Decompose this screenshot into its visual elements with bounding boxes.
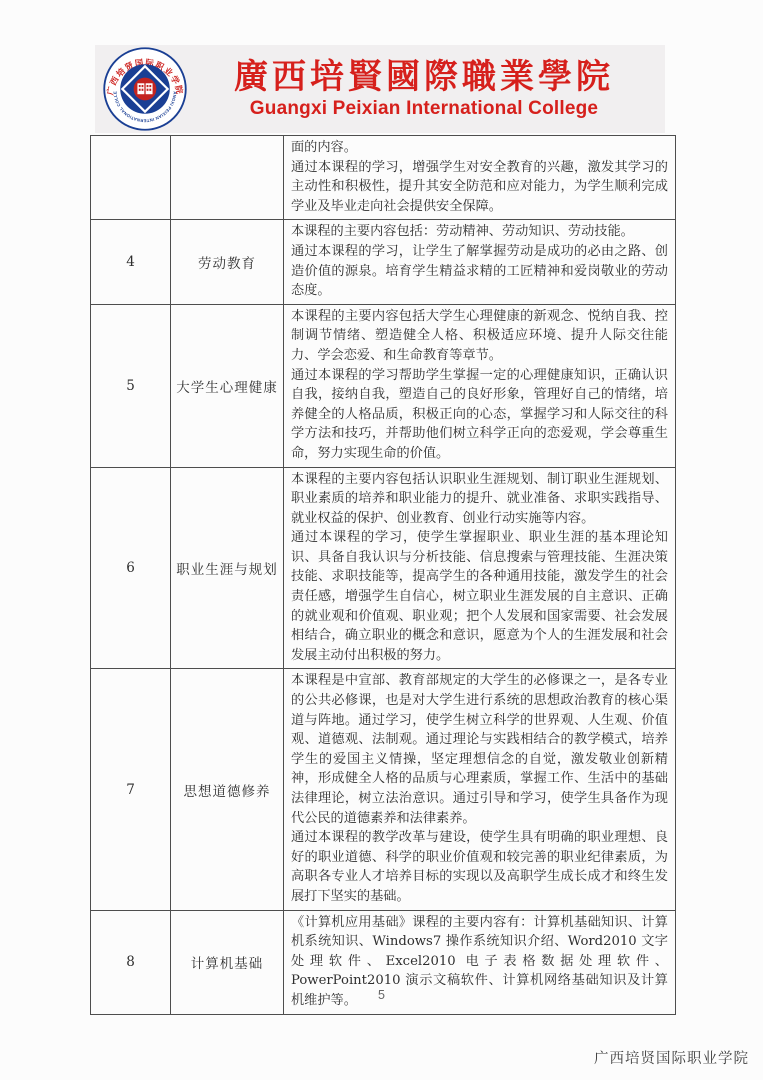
description-paragraph: 本课程的主要内容包括认识职业生涯规划、制订职业生涯规划、职业素质的培养和职业能力… [291, 470, 668, 529]
description-paragraph: 通过本课程的学习，使学生掌握职业、职业生涯的基本理论知识、具备自我认识与分析技能… [291, 528, 668, 665]
course-name: 职业生涯与规划 [171, 467, 284, 669]
description-paragraph: 面的内容。 [291, 138, 668, 158]
course-number: 5 [91, 304, 171, 467]
college-name-chinese: 廣西培賢國際職業學院 [193, 58, 655, 97]
description-paragraph: 通过本课程的学习帮助学生掌握一定的心理健康知识，正确认识自我，接纳自我，塑造自己… [291, 366, 668, 464]
college-logo-icon: 广西培贤国际职业学院 GUANGXI PEIXIAN INTERNATIONAL… [103, 47, 187, 131]
course-number: 4 [91, 220, 171, 304]
course-description: 本课程的主要内容包括：劳动精神、劳动知识、劳动技能。通过本课程的学习，让学生了解… [284, 220, 676, 304]
page-number: 5 [0, 988, 763, 1002]
college-name-english: Guangxi Peixian International College [193, 98, 655, 120]
course-number: 7 [91, 669, 171, 910]
document-page: 广西培贤国际职业学院 GUANGXI PEIXIAN INTERNATIONAL… [0, 0, 763, 1080]
course-row-cont: 面的内容。通过本课程的学习，增强学生对安全教育的兴趣，激发其学习的主动性和积极性… [91, 136, 676, 220]
course-name: 大学生心理健康 [171, 304, 284, 467]
course-description: 本课程的主要内容包括大学生心理健康的新观念、悦纳自我、控制调节情绪、塑造健全人格… [284, 304, 676, 467]
course-description-table: 面的内容。通过本课程的学习，增强学生对安全教育的兴趣，激发其学习的主动性和积极性… [90, 135, 676, 1015]
course-description: 本课程的主要内容包括认识职业生涯规划、制订职业生涯规划、职业素质的培养和职业能力… [284, 467, 676, 669]
footer-watermark: 广西培贤国际职业学院 [594, 1047, 749, 1068]
description-paragraph: 通过本课程的学习，增强学生对安全教育的兴趣，激发其学习的主动性和积极性，提升其安… [291, 158, 668, 217]
course-row-5: 5大学生心理健康本课程的主要内容包括大学生心理健康的新观念、悦纳自我、控制调节情… [91, 304, 676, 467]
course-number [91, 136, 171, 220]
course-row-7: 7思想道德修养本课程是中宣部、教育部规定的大学生的必修课之一，是各专业的公共必修… [91, 669, 676, 910]
course-name [171, 136, 284, 220]
course-row-4: 4劳动教育本课程的主要内容包括：劳动精神、劳动知识、劳动技能。通过本课程的学习，… [91, 220, 676, 304]
description-paragraph: 本课程的主要内容包括：劳动精神、劳动知识、劳动技能。 [291, 222, 668, 242]
logo-red-center [134, 78, 157, 101]
course-name: 思想道德修养 [171, 669, 284, 910]
course-table-body: 面的内容。通过本课程的学习，增强学生对安全教育的兴趣，激发其学习的主动性和积极性… [91, 136, 676, 1015]
college-header-banner: 广西培贤国际职业学院 GUANGXI PEIXIAN INTERNATIONAL… [95, 45, 665, 133]
description-paragraph: 本课程的主要内容包括大学生心理健康的新观念、悦纳自我、控制调节情绪、塑造健全人格… [291, 307, 668, 366]
course-description: 面的内容。通过本课程的学习，增强学生对安全教育的兴趣，激发其学习的主动性和积极性… [284, 136, 676, 220]
description-paragraph: 本课程是中宣部、教育部规定的大学生的必修课之一，是各专业的公共必修课，也是对大学… [291, 671, 668, 828]
course-name: 劳动教育 [171, 220, 284, 304]
course-number: 6 [91, 467, 171, 669]
description-paragraph: 通过本课程的学习，让学生了解掌握劳动是成功的必由之路、创造价值的源泉。培育学生精… [291, 242, 668, 301]
description-paragraph: 通过本课程的教学改革与建设，使学生具有明确的职业理想、良好的职业道德、科学的职业… [291, 828, 668, 906]
course-description: 本课程是中宣部、教育部规定的大学生的必修课之一，是各专业的公共必修课，也是对大学… [284, 669, 676, 910]
course-row-6: 6职业生涯与规划本课程的主要内容包括认识职业生涯规划、制订职业生涯规划、职业素质… [91, 467, 676, 669]
college-titles: 廣西培賢國際職業學院 Guangxi Peixian International… [187, 58, 665, 120]
